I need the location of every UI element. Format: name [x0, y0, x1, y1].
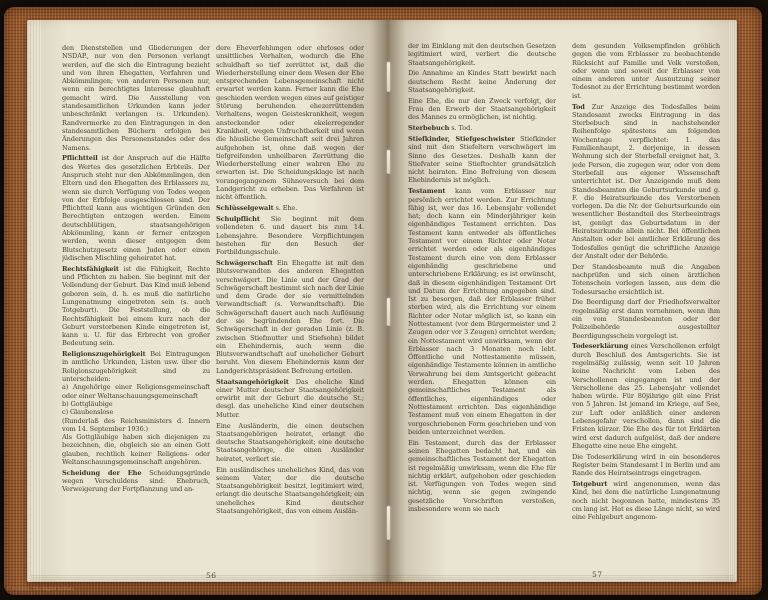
dictionary-entry: Schlüsselgewalt s. Ehe.	[216, 204, 364, 212]
entry-text: Eine Ausländerin, die einen deutschen St…	[216, 422, 364, 463]
dictionary-entry: Testament kann vom Erblasser nur persönl…	[408, 187, 556, 436]
entry-term: Staatsangehörigkeit	[216, 378, 289, 386]
binding-stitch	[387, 150, 390, 174]
page-number-left: 56	[206, 571, 217, 580]
photo-credit: © Possner: The Digital Edition	[7, 586, 73, 591]
page-stack-edge-left	[27, 20, 41, 582]
dictionary-entry: Staatsangehörigkeit Das eheliche Kind ei…	[216, 378, 364, 419]
dictionary-entry: Stiefkinder, Stiefgeschwister Stiefkinde…	[408, 135, 556, 185]
dictionary-entry: Religionszugehörigkeit Bei Eintragungen …	[62, 350, 210, 466]
dictionary-entry: Rechtsfähigkeit ist die Fähigkeit, Recht…	[62, 265, 210, 348]
entry-term: Testament	[408, 187, 445, 195]
dictionary-entry: Tod Zur Anzeige des Todesfalles beim Sta…	[572, 103, 720, 261]
binding-stitch	[387, 62, 390, 92]
entry-text: Bei Eintragungen in amtliche Urkunden, L…	[62, 350, 210, 466]
entry-text: Der Standesbeamte muß die Angaben nachpr…	[572, 263, 720, 296]
dictionary-entry: Scheidung der Ehe Scheidungsgründe wegen…	[62, 469, 210, 494]
entry-text: Ein Testament, durch das der Erblasser s…	[408, 439, 556, 513]
entry-term: Sterbebuch	[408, 124, 449, 132]
dictionary-entry: Die Annahme an Kindes Statt bewirkt nach…	[408, 69, 556, 94]
entry-text: kann vom Erblasser nur persönlich errich…	[408, 187, 556, 436]
page-57-column-2: dem gesunden Volksempfinden gröblich geg…	[572, 42, 720, 574]
page-56-column-1: den Dienststellen und Gliederungen der N…	[62, 44, 210, 572]
entry-text: den Dienststellen und Gliederungen der N…	[62, 44, 210, 152]
dictionary-entry: Eine Ausländerin, die einen deutschen St…	[216, 422, 364, 463]
entry-text: eines Verschollenen erfolgt durch Beschl…	[572, 342, 720, 450]
entry-term: Todeserklärung	[572, 342, 628, 350]
dictionary-entry: Todeserklärung eines Verschollenen erfol…	[572, 342, 720, 450]
dictionary-entry: Schulpflicht Sie beginnt mit dem vollend…	[216, 215, 364, 256]
book-photo: den Dienststellen und Gliederungen der N…	[0, 0, 768, 600]
page-stack-edge-right	[728, 20, 737, 582]
entry-term: Schwägerschaft	[216, 259, 273, 267]
entry-text: ist der Anspruch auf die Hälfte des Wert…	[62, 154, 210, 262]
dictionary-entry: Sterbebuch s. Tod.	[408, 124, 556, 132]
entry-term: Religionszugehörigkeit	[62, 350, 146, 358]
entry-term: Totgeburt	[572, 480, 607, 488]
entry-text: Ein Ehegatte ist mit den Blutsverwandten…	[216, 259, 364, 375]
dictionary-entry: dem gesunden Volksempfinden gröblich geg…	[572, 42, 720, 100]
entry-term: Stiefkinder, Stiefgeschwister	[408, 135, 515, 143]
entry-term: Tod	[572, 103, 585, 111]
entry-term: Schulpflicht	[216, 215, 260, 223]
entry-term: Pflichtteil	[62, 154, 98, 162]
dictionary-entry: Ein Testament, durch das der Erblasser s…	[408, 439, 556, 514]
page-56-column-2: dere Eheverfehlungen oder ehrloses oder …	[216, 44, 364, 572]
entry-text: Stiefkinder sind mit den Stiefeltern ver…	[408, 135, 556, 184]
dictionary-entry: Die Todeserklärung wird in ein besondere…	[572, 453, 720, 478]
dictionary-entry: Pflichtteil ist der Anspruch auf die Häl…	[62, 154, 210, 262]
page-57-column-1: der im Einklang mit den deutschen Gesetz…	[408, 42, 556, 574]
entry-term: Rechtsfähigkeit	[62, 265, 119, 273]
dictionary-entry: Totgeburt wird angenommen, wenn das Kind…	[572, 480, 720, 521]
entry-term: Scheidung der Ehe	[62, 469, 141, 477]
entry-text: ist die Fähigkeit, Rechte und Pflichten …	[62, 265, 210, 348]
dictionary-entry: Schwägerschaft Ein Ehegatte ist mit den …	[216, 259, 364, 375]
dictionary-entry: Ein ausländisches uneheliches Kind, das …	[216, 466, 364, 516]
page-number-right: 57	[592, 570, 603, 579]
entry-text: Eine Ehe, die nur den Zweck verfolgt, de…	[408, 97, 556, 122]
entry-text: Die Annahme an Kindes Statt bewirkt nach…	[408, 69, 556, 94]
dictionary-entry: Der Standesbeamte muß die Angaben nachpr…	[572, 263, 720, 296]
entry-text: s. Ehe.	[275, 204, 297, 212]
entry-text: Ein ausländisches uneheliches Kind, das …	[216, 466, 364, 515]
entry-text: Die Beerdigung darf der Friedhofsverwalt…	[572, 298, 720, 339]
dictionary-entry: der im Einklang mit den deutschen Gesetz…	[408, 42, 556, 67]
binding-stitch	[387, 298, 390, 326]
dictionary-entry: Die Beerdigung darf der Friedhofsverwalt…	[572, 298, 720, 339]
entry-text: der im Einklang mit den deutschen Gesetz…	[408, 42, 556, 67]
entry-text: dere Eheverfehlungen oder ehrloses oder …	[216, 44, 364, 201]
entry-text: dem gesunden Volksempfinden gröblich geg…	[572, 42, 720, 100]
dictionary-entry: dere Eheverfehlungen oder ehrloses oder …	[216, 44, 364, 202]
dictionary-entry: Eine Ehe, die nur den Zweck verfolgt, de…	[408, 97, 556, 122]
entry-text: Zur Anzeige des Todesfalles beim Standes…	[572, 103, 720, 260]
entry-text: Die Todeserklärung wird in ein besondere…	[572, 453, 720, 478]
binding-stitch	[387, 506, 390, 540]
entry-term: Schlüsselgewalt	[216, 204, 274, 212]
entry-text: s. Tod.	[451, 124, 472, 132]
dictionary-entry: den Dienststellen und Gliederungen der N…	[62, 44, 210, 152]
